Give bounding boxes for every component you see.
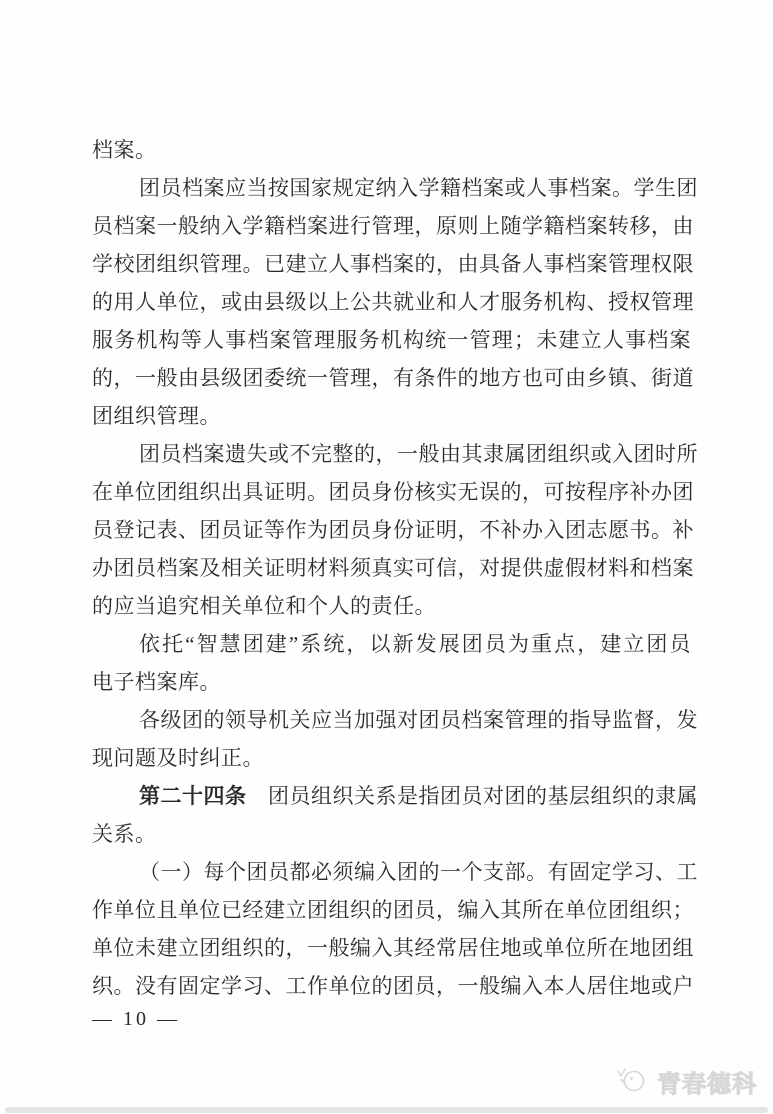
document-page: 档案。 团员档案应当按国家规定纳入学籍档案或人事档案。学生团 员档案一般纳入学籍… bbox=[0, 0, 773, 1114]
text-line: 办团员档案及相关证明材料须真实可信，对提供虚假材料和档案 bbox=[92, 549, 691, 587]
text-line: 的，一般由县级团委统一管理，有条件的地方也可由乡镇、街道 bbox=[92, 359, 691, 397]
text-line: 团组织管理。 bbox=[92, 397, 691, 435]
chick-logo-icon bbox=[614, 1065, 650, 1098]
text-line: 各级团的领导机关应当加强对团员档案管理的指导监督，发 bbox=[92, 701, 691, 739]
text-line: 电子档案库。 bbox=[92, 663, 691, 701]
text-line: 团员档案应当按国家规定纳入学籍档案或人事档案。学生团 bbox=[92, 169, 691, 207]
text-line: 学校团组织管理。已建立人事档案的，由具备人事档案管理权限 bbox=[92, 245, 691, 283]
text-line: 单位未建立团组织的，一般编入其经常居住地或单位所在地团组 bbox=[92, 929, 691, 967]
document-text-block: 档案。 团员档案应当按国家规定纳入学籍档案或人事档案。学生团 员档案一般纳入学籍… bbox=[92, 131, 691, 1005]
text-line: 服务机构等人事档案管理服务机构统一管理；未建立人事档案 bbox=[92, 321, 691, 359]
text-line: 团员档案遗失或不完整的，一般由其隶属团组织或入团时所 bbox=[92, 435, 691, 473]
text-line: 织。没有固定学习、工作单位的团员，一般编入本人居住地或户 bbox=[92, 967, 691, 1005]
text-line: （一）每个团员都必须编入团的一个支部。有固定学习、工 bbox=[92, 853, 691, 891]
text-line: 现问题及时纠正。 bbox=[92, 739, 691, 777]
article-number: 第二十四条 bbox=[139, 784, 247, 808]
page-number: — 10 — bbox=[92, 1005, 180, 1033]
bottom-bar bbox=[5, 1107, 768, 1113]
text-line: 依托“智慧团建”系统，以新发展团员为重点，建立团员 bbox=[92, 625, 691, 663]
text-line: 作单位且单位已经建立团组织的团员，编入其所在单位团组织； bbox=[92, 891, 691, 929]
text-line: 的用人单位，或由县级以上公共就业和人才服务机构、授权管理 bbox=[92, 283, 691, 321]
watermark-text: 青春德科 bbox=[657, 1064, 757, 1099]
text-line: 关系。 bbox=[92, 815, 691, 853]
text-line: 档案。 bbox=[92, 131, 691, 169]
text-line: 的应当追究相关单位和个人的责任。 bbox=[92, 587, 691, 625]
text-line: 员档案一般纳入学籍档案进行管理，原则上随学籍档案转移，由 bbox=[92, 207, 691, 245]
text-line-article-24: 第二十四条 团员组织关系是指团员对团的基层组织的隶属 bbox=[92, 777, 691, 815]
text-line: 在单位团组织出具证明。团员身份核实无误的，可按程序补办团 bbox=[92, 473, 691, 511]
text-line: 员登记表、团员证等作为团员身份证明，不补办入团志愿书。补 bbox=[92, 511, 691, 549]
watermark: 青春德科 bbox=[614, 1064, 757, 1099]
article-text: 团员组织关系是指团员对团的基层组织的隶属 bbox=[247, 784, 699, 808]
